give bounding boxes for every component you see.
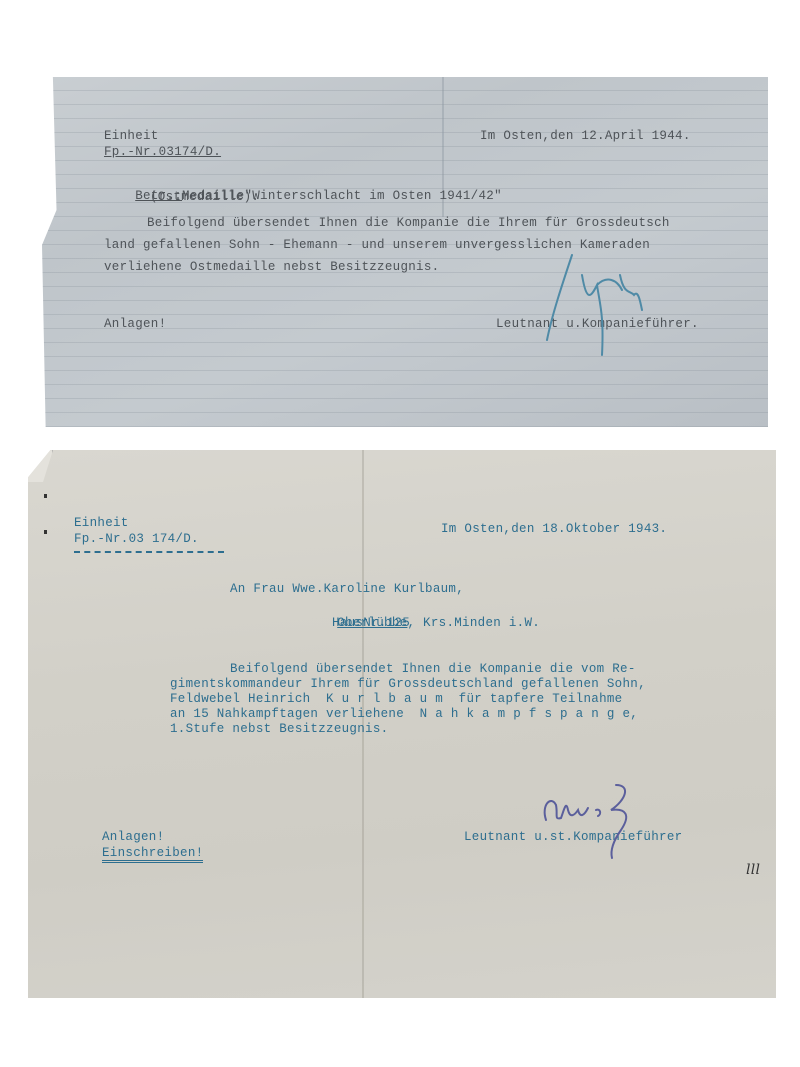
unit-label: Einheit <box>74 516 129 530</box>
field-post-number: Fp.-Nr.03 174/D. <box>74 532 199 546</box>
place-date: Im Osten,den 18.Oktober 1943. <box>441 522 667 536</box>
signature-icon <box>536 780 646 860</box>
enclosures: Anlagen! <box>104 317 166 331</box>
body-line-2: gimentskommandeur Ihrem für Grossdeutsch… <box>170 677 646 691</box>
punch-hole <box>44 494 47 498</box>
place-date: Im Osten,den 12.April 1944. <box>480 129 691 143</box>
unit-label: Einheit <box>104 129 159 143</box>
registered-mail-note: Einschreiben! <box>102 846 203 863</box>
subject-line-2: (Ostmedaille). <box>150 190 259 204</box>
document-nahkampfspange-letter-1943: Einheit Fp.-Nr.03 174/D. Im Osten,den 18… <box>28 450 776 998</box>
body-line-4: an 15 Nahkampftagen verliehene N a h k a… <box>170 707 638 721</box>
recipient-house-number: HausNr.125 <box>332 616 410 630</box>
field-post-number: Fp.-Nr.03174/D. <box>104 145 221 159</box>
body-line-1: Beifolgend übersendet Ihnen die Kompanie… <box>147 216 670 230</box>
body-line-3: verliehene Ostmedaille nebst Besitzzeugn… <box>104 260 439 274</box>
margin-mark: lll <box>746 862 760 878</box>
body-line-5: 1.Stufe nebst Besitzzeugnis. <box>170 722 388 736</box>
enclosures: Anlagen! <box>102 830 164 844</box>
recipient-district: , Krs.Minden i.W. <box>407 616 540 630</box>
folded-corner <box>28 450 53 482</box>
punch-hole <box>44 530 47 534</box>
recipient-line-1: An Frau Wwe.Karoline Kurlbaum, <box>230 582 464 596</box>
double-underline-rule <box>74 551 224 553</box>
body-line-3: Feldwebel Heinrich K u r l b a u m für t… <box>170 692 622 706</box>
signature-icon <box>542 245 672 365</box>
body-line-1: Beifolgend übersendet Ihnen die Kompanie… <box>230 662 636 676</box>
document-ostmedaille-letter-1944: Einheit Fp.-Nr.03174/D. Im Osten,den 12.… <box>42 77 768 427</box>
